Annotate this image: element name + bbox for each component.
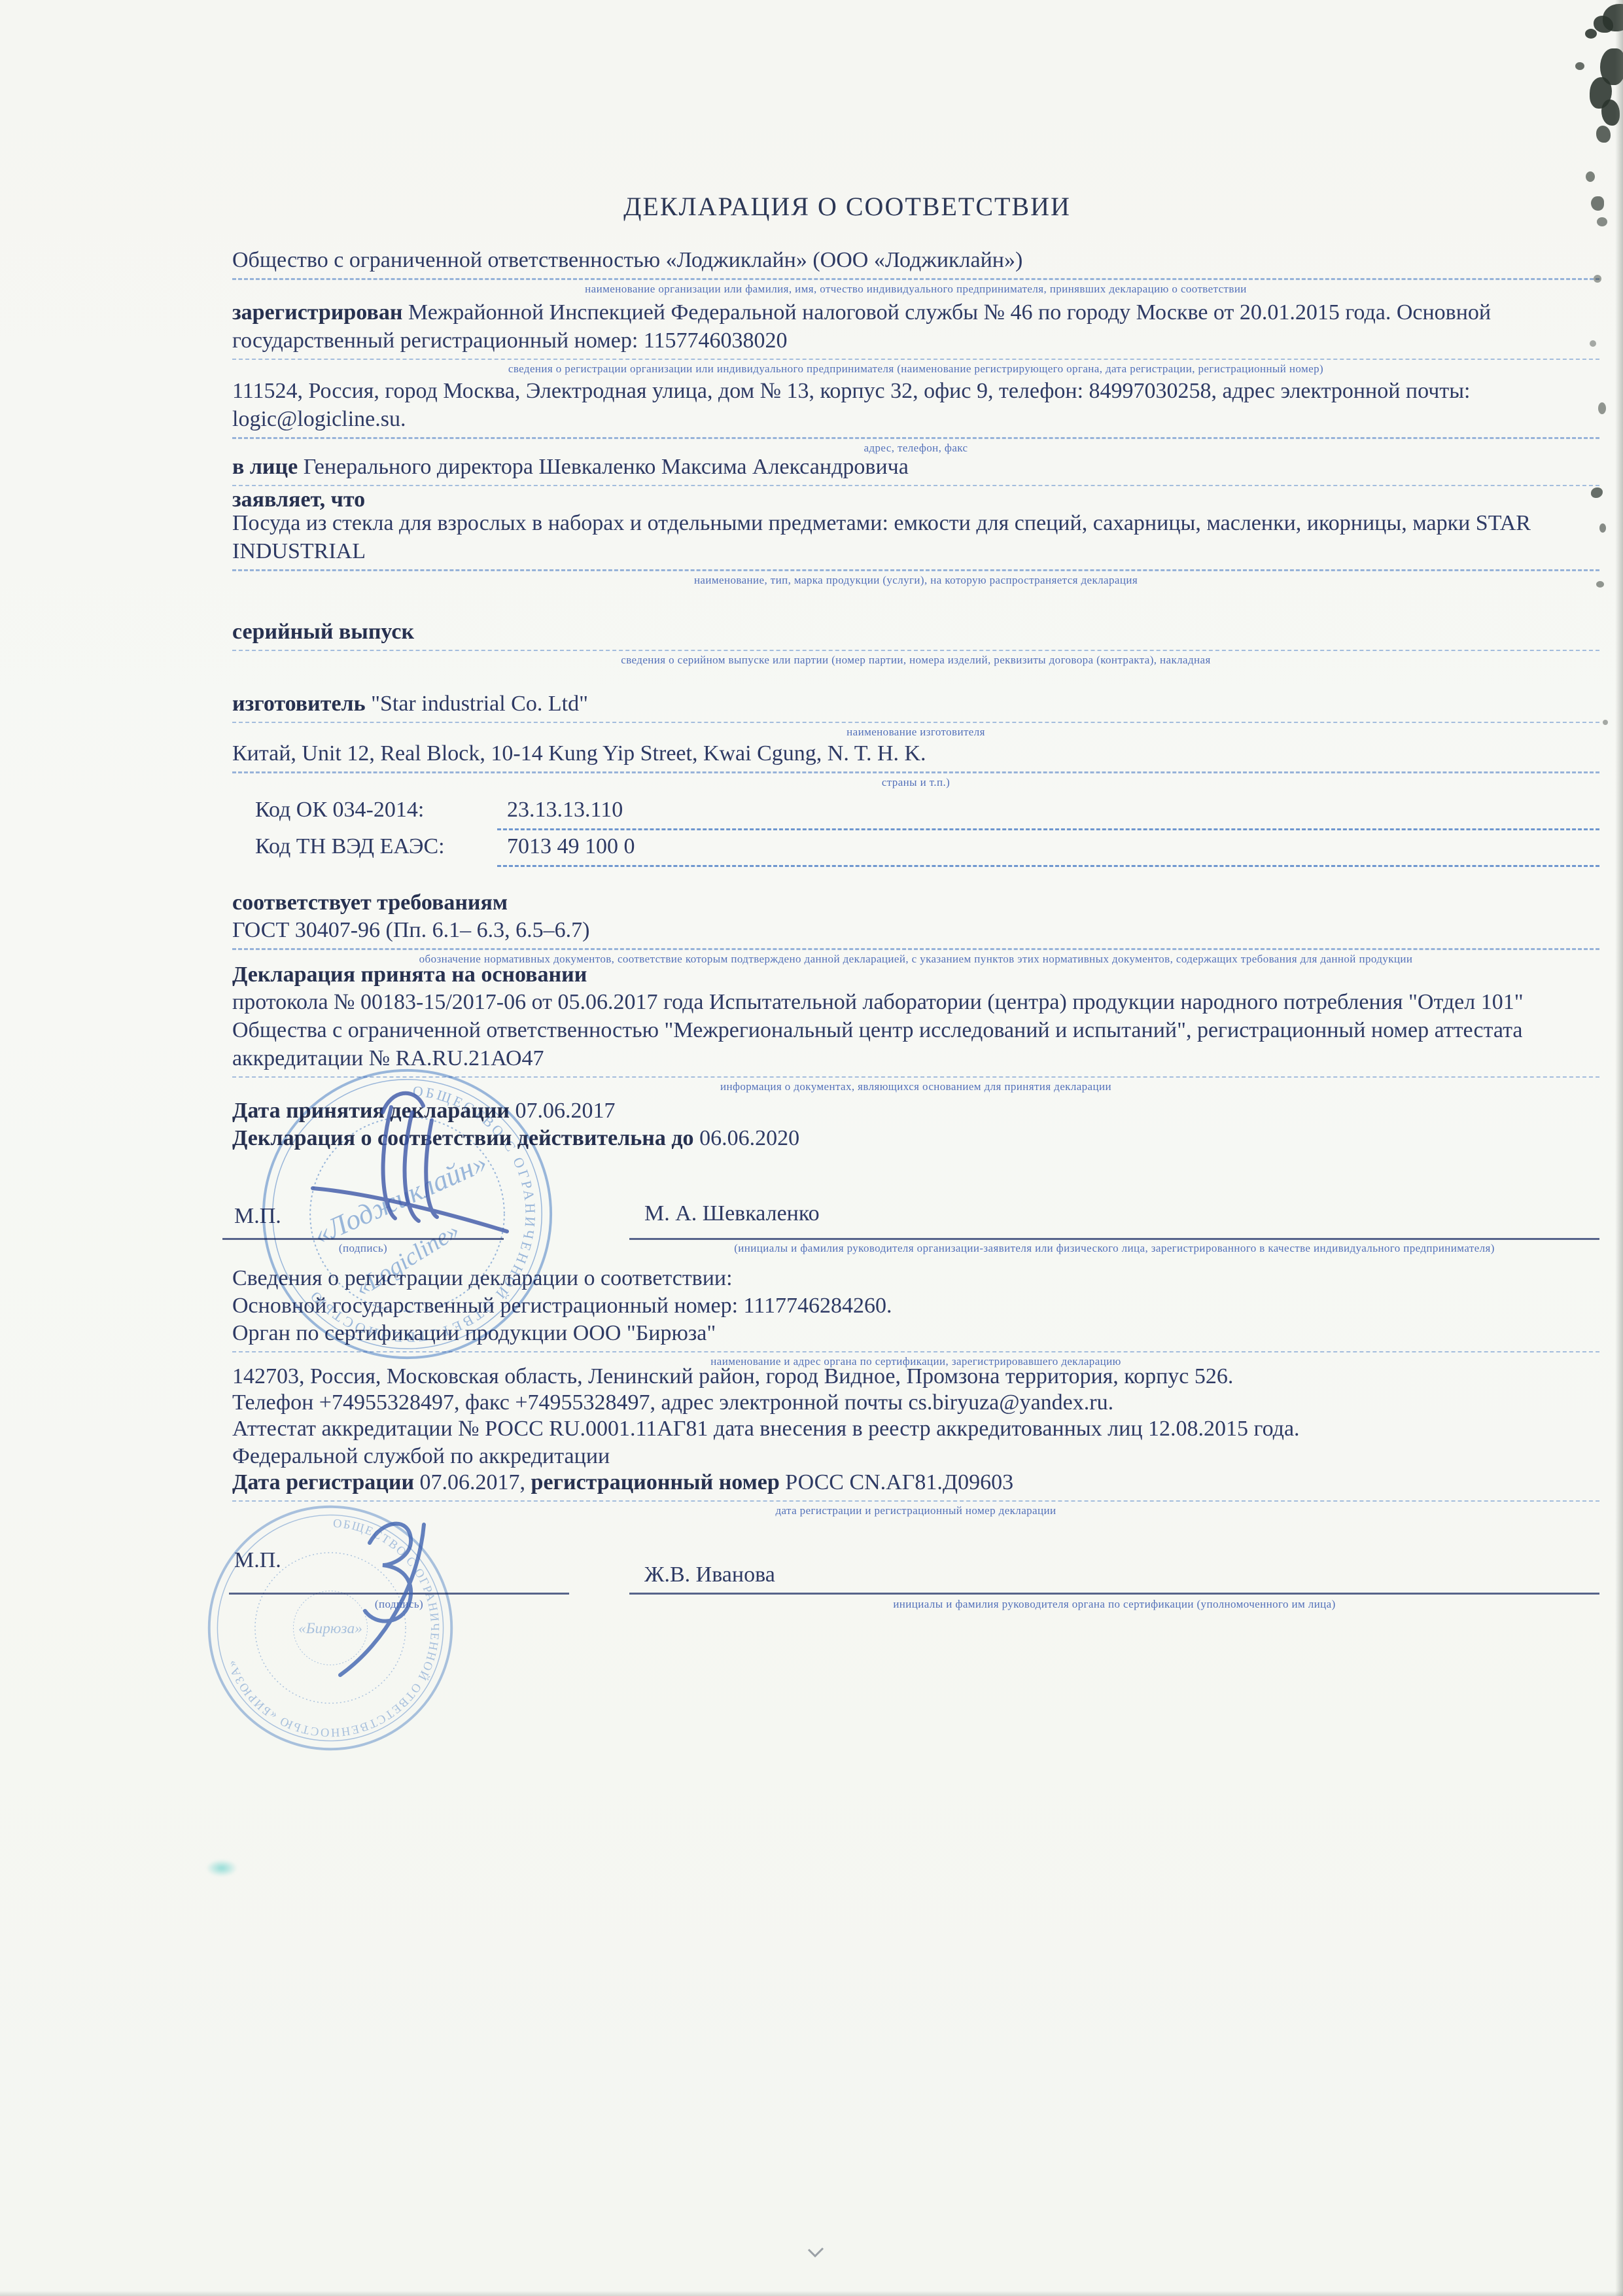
scan-ink-blot <box>1599 523 1606 533</box>
scan-ink-blot <box>1585 29 1597 39</box>
scan-ink-blot <box>1594 16 1613 33</box>
registrar-signature <box>340 1524 424 1675</box>
scan-cyan-smudge <box>206 1860 237 1877</box>
scan-ink-blot <box>1594 275 1601 283</box>
scan-ink-blot <box>1590 340 1596 347</box>
scanned-declaration-page: ДЕКЛАРАЦИЯ О СООТВЕТСТВИИ Общество с огр… <box>0 0 1623 2296</box>
scan-edge-shadow-right <box>1615 0 1623 2296</box>
scan-ink-blot <box>1586 171 1595 182</box>
scan-mark-check <box>809 2248 823 2256</box>
scan-ink-blot <box>1598 402 1606 414</box>
scan-ink-blot <box>1591 196 1604 211</box>
scan-ink-blot <box>1575 62 1584 70</box>
scan-edge-shadow-bottom <box>0 2291 1623 2296</box>
handwritten-signatures-layer <box>0 0 1623 2296</box>
scan-ink-blot <box>1597 217 1607 226</box>
declarant-signature <box>313 1093 507 1231</box>
scan-ink-blot <box>1596 126 1611 143</box>
scan-ink-blot <box>1603 720 1608 725</box>
scan-ink-blot <box>1596 581 1604 588</box>
